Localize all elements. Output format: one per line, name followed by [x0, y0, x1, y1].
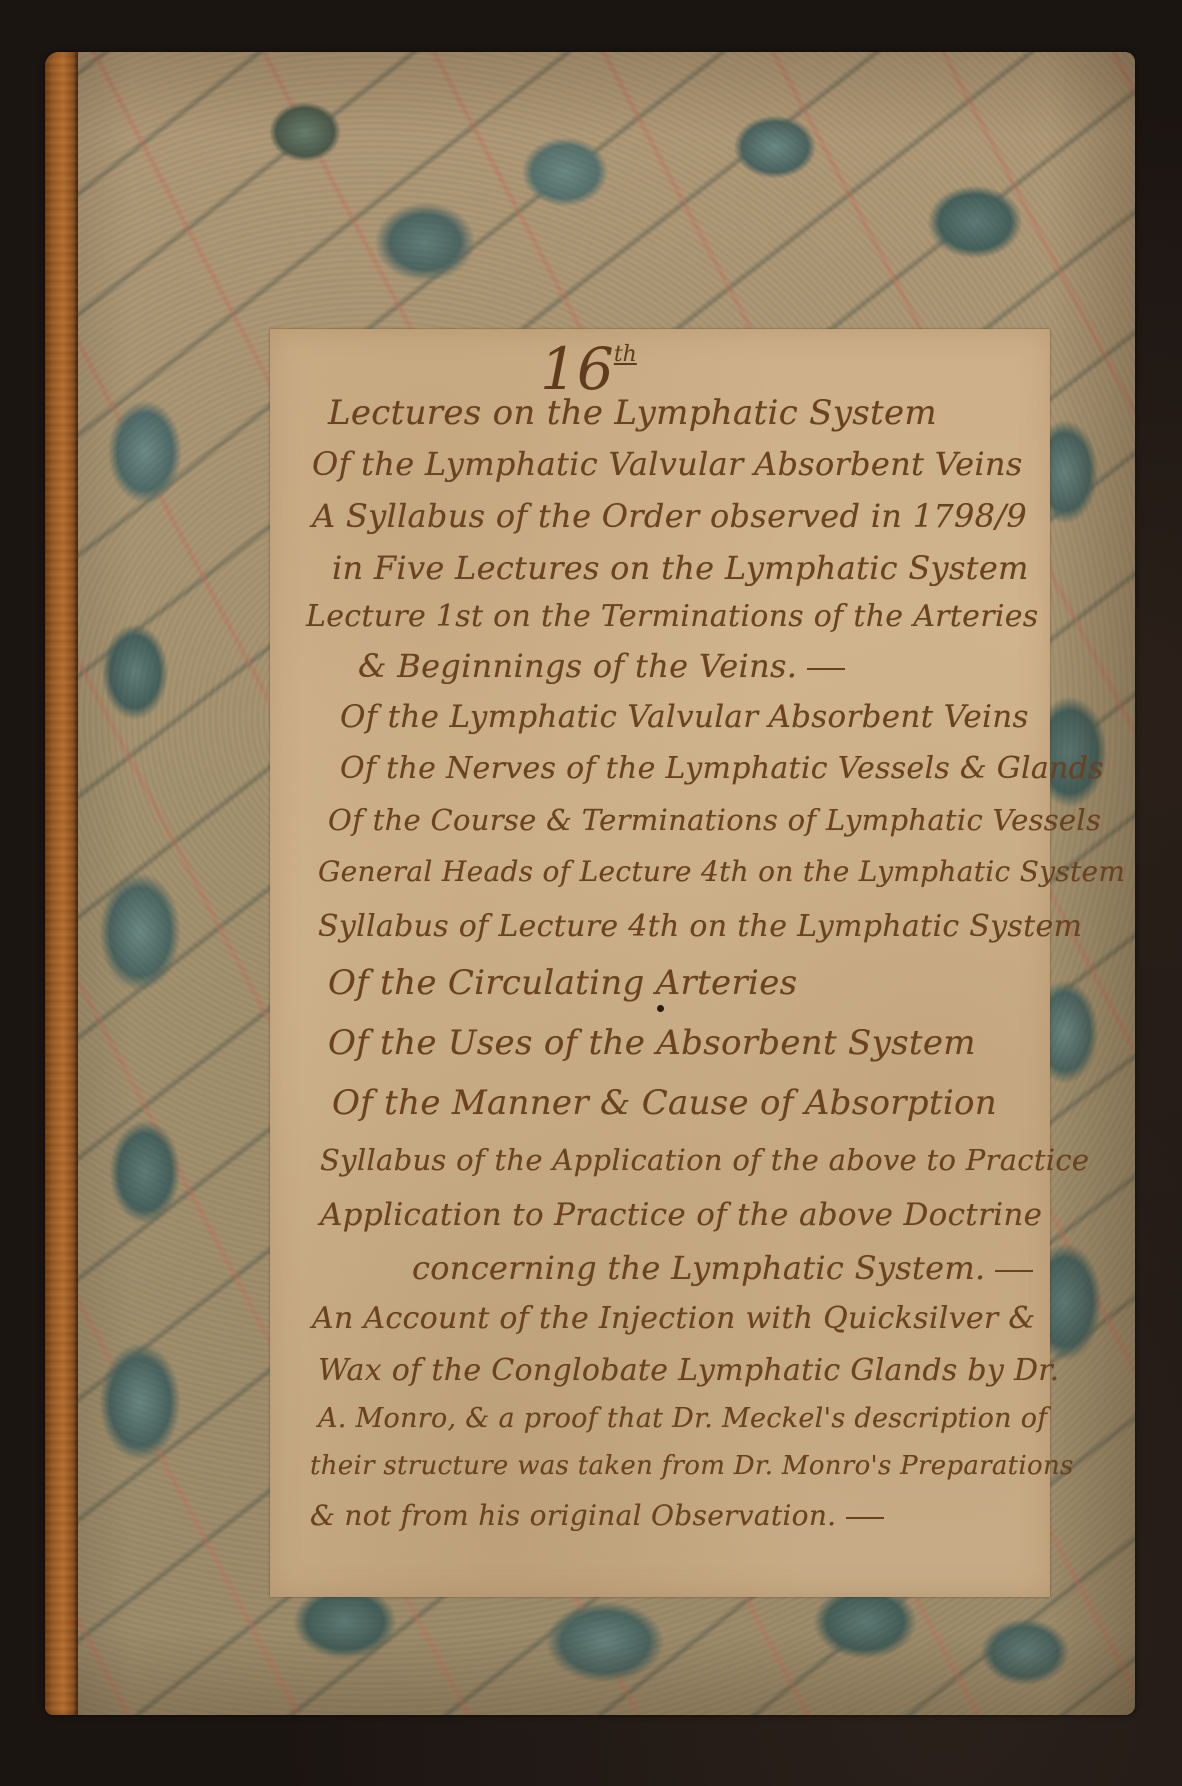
ink-flourish-dash [995, 1270, 1033, 1272]
label-line: Of the Lymphatic Valvular Absorbent Vein… [340, 699, 1029, 735]
label-line: A. Monro, & a proof that Dr. Meckel's de… [318, 1403, 1048, 1434]
label-line: Syllabus of the Application of the above… [320, 1143, 1089, 1177]
label-line: Of the Circulating Arteries [328, 963, 797, 1003]
volume-number-suffix: th [614, 342, 637, 367]
photo-scene: 16th Lectures on the Lymphatic System Of… [0, 0, 1182, 1786]
label-line-text: concerning the Lymphatic System. [412, 1249, 985, 1287]
label-line: in Five Lectures on the Lymphatic System [332, 549, 1029, 587]
label-line: General Heads of Lecture 4th on the Lymp… [318, 855, 1125, 888]
label-line-text: & not from his original Observation. [310, 1499, 836, 1532]
ink-flourish-dash [846, 1517, 884, 1519]
label-line: Of the Nerves of the Lymphatic Vessels &… [340, 751, 1104, 786]
ink-flourish-dash [807, 668, 845, 670]
label-line: concerning the Lymphatic System. [412, 1249, 1033, 1287]
label-line: Of the Course & Terminations of Lymphati… [328, 803, 1101, 837]
label-line: Of the Manner & Cause of Absorption [332, 1083, 997, 1123]
label-line: Of the Lymphatic Valvular Absorbent Vein… [312, 445, 1023, 483]
label-line: An Account of the Injection with Quicksi… [312, 1301, 1035, 1336]
label-line: A Syllabus of the Order observed in 1798… [312, 497, 1027, 535]
leather-spine [45, 52, 78, 1715]
label-line: Wax of the Conglobate Lymphatic Glands b… [318, 1353, 1059, 1388]
ink-blot [657, 1005, 664, 1012]
label-line-text: & Beginnings of the Veins. [358, 647, 797, 685]
label-line: Application to Practice of the above Doc… [320, 1197, 1042, 1233]
pasted-title-label: 16th Lectures on the Lymphatic System Of… [270, 329, 1050, 1597]
label-line: their structure was taken from Dr. Monro… [310, 1451, 1074, 1481]
label-line: & not from his original Observation. [310, 1499, 884, 1532]
handwritten-contents: 16th Lectures on the Lymphatic System Of… [270, 329, 1050, 1597]
label-line: Of the Uses of the Absorbent System [328, 1023, 976, 1063]
label-line: Lecture 1st on the Terminations of the A… [306, 599, 1039, 634]
marbled-book-cover: 16th Lectures on the Lymphatic System Of… [45, 52, 1135, 1715]
label-line: & Beginnings of the Veins. [358, 647, 845, 685]
label-line: Lectures on the Lymphatic System [328, 393, 937, 433]
label-line: Syllabus of Lecture 4th on the Lymphatic… [318, 909, 1082, 944]
